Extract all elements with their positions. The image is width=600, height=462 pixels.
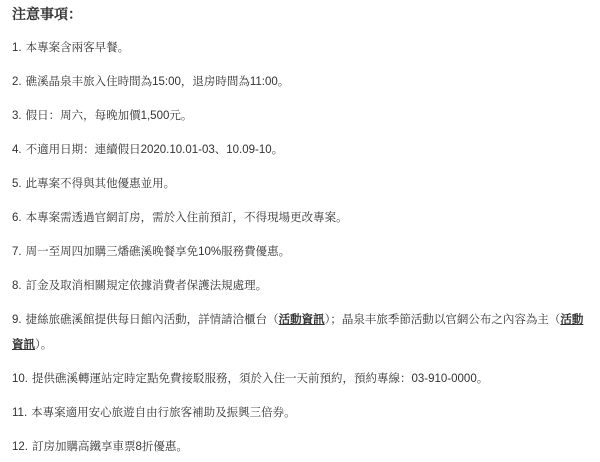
note-text: 不適用日期：連續假日2020.10.01-03、10.09-10。 <box>26 144 284 156</box>
note-item-7: 7.周一至周四加購三燔礁溪晚餐享免10%服務費優惠。 <box>12 240 584 265</box>
note-item-3: 3.假日：周六，每晚加價1,500元。 <box>12 104 584 129</box>
activity-info-link-1[interactable]: 活動資訊 <box>279 314 325 326</box>
note-number: 6. <box>12 212 22 224</box>
page: { "page": { "background_color": "#ffffff… <box>0 0 600 462</box>
note-item-12: 12.訂房加購高鐵享車票8折優惠。 <box>12 435 584 460</box>
notes-title: 注意事項： <box>12 2 584 27</box>
note-text: 捷絲旅礁溪館提供每日館內活動，詳情請洽櫃台（ <box>26 314 279 326</box>
note-text: 本專案含兩客早餐。 <box>26 42 130 54</box>
note-number: 12. <box>12 441 28 453</box>
note-item-11: 11.本專案適用安心旅遊自由行旅客補助及振興三倍券。 <box>12 401 584 426</box>
note-item-4: 4.不適用日期：連續假日2020.10.01-03、10.09-10。 <box>12 138 584 163</box>
note-item-5: 5.此專案不得與其他優惠並用。 <box>12 172 584 197</box>
note-number: 1. <box>12 42 22 54</box>
note-number: 11. <box>12 407 27 419</box>
note-number: 7. <box>12 246 22 258</box>
note-text: 訂房加購高鐵享車票8折優惠。 <box>32 441 188 453</box>
note-number: 4. <box>12 144 22 156</box>
note-text: 礁溪晶泉丰旅入住時間為15:00，退房時間為11:00。 <box>26 76 290 88</box>
note-text: 本專案適用安心旅遊自由行旅客補助及振興三倍券。 <box>31 407 296 419</box>
note-number: 9. <box>12 314 22 326</box>
note-text: 訂金及取消相關規定依據消費者保護法規處理。 <box>26 280 268 292</box>
notes-document: 注意事項： 1.本專案含兩客早餐。 2.礁溪晶泉丰旅入住時間為15:00，退房時… <box>0 0 584 460</box>
note-item-8: 8.訂金及取消相關規定依據消費者保護法規處理。 <box>12 274 584 299</box>
note-text: 假日：周六，每晚加價1,500元。 <box>26 110 193 122</box>
note-text: 提供礁溪轉運站定時定點免費接駁服務，須於入住一天前預約，預約專線：03-910-… <box>32 373 488 385</box>
note-text: 本專案需透過官網訂房，需於入住前預訂，不得現場更改專案。 <box>26 212 348 224</box>
note-text: 周一至周四加購三燔礁溪晚餐享免10%服務費優惠。 <box>26 246 291 258</box>
note-item-9: 9.捷絲旅礁溪館提供每日館內活動，詳情請洽櫃台（活動資訊）；晶泉丰旅季節活動以官… <box>12 308 584 358</box>
note-number: 3. <box>12 110 22 122</box>
note-text: ）。 <box>35 339 52 351</box>
note-item-1: 1.本專案含兩客早餐。 <box>12 36 584 61</box>
note-number: 2. <box>12 76 22 88</box>
note-item-10: 10.提供礁溪轉運站定時定點免費接駁服務，須於入住一天前預約，預約專線：03-9… <box>12 367 584 392</box>
note-text: 此專案不得與其他優惠並用。 <box>26 178 176 190</box>
note-number: 10. <box>12 373 28 385</box>
note-item-2: 2.礁溪晶泉丰旅入住時間為15:00，退房時間為11:00。 <box>12 70 584 95</box>
note-number: 5. <box>12 178 22 190</box>
note-number: 8. <box>12 280 22 292</box>
note-item-6: 6.本專案需透過官網訂房，需於入住前預訂，不得現場更改專案。 <box>12 206 584 231</box>
note-text: ）；晶泉丰旅季節活動以官網公布之內容為主（ <box>325 314 561 326</box>
